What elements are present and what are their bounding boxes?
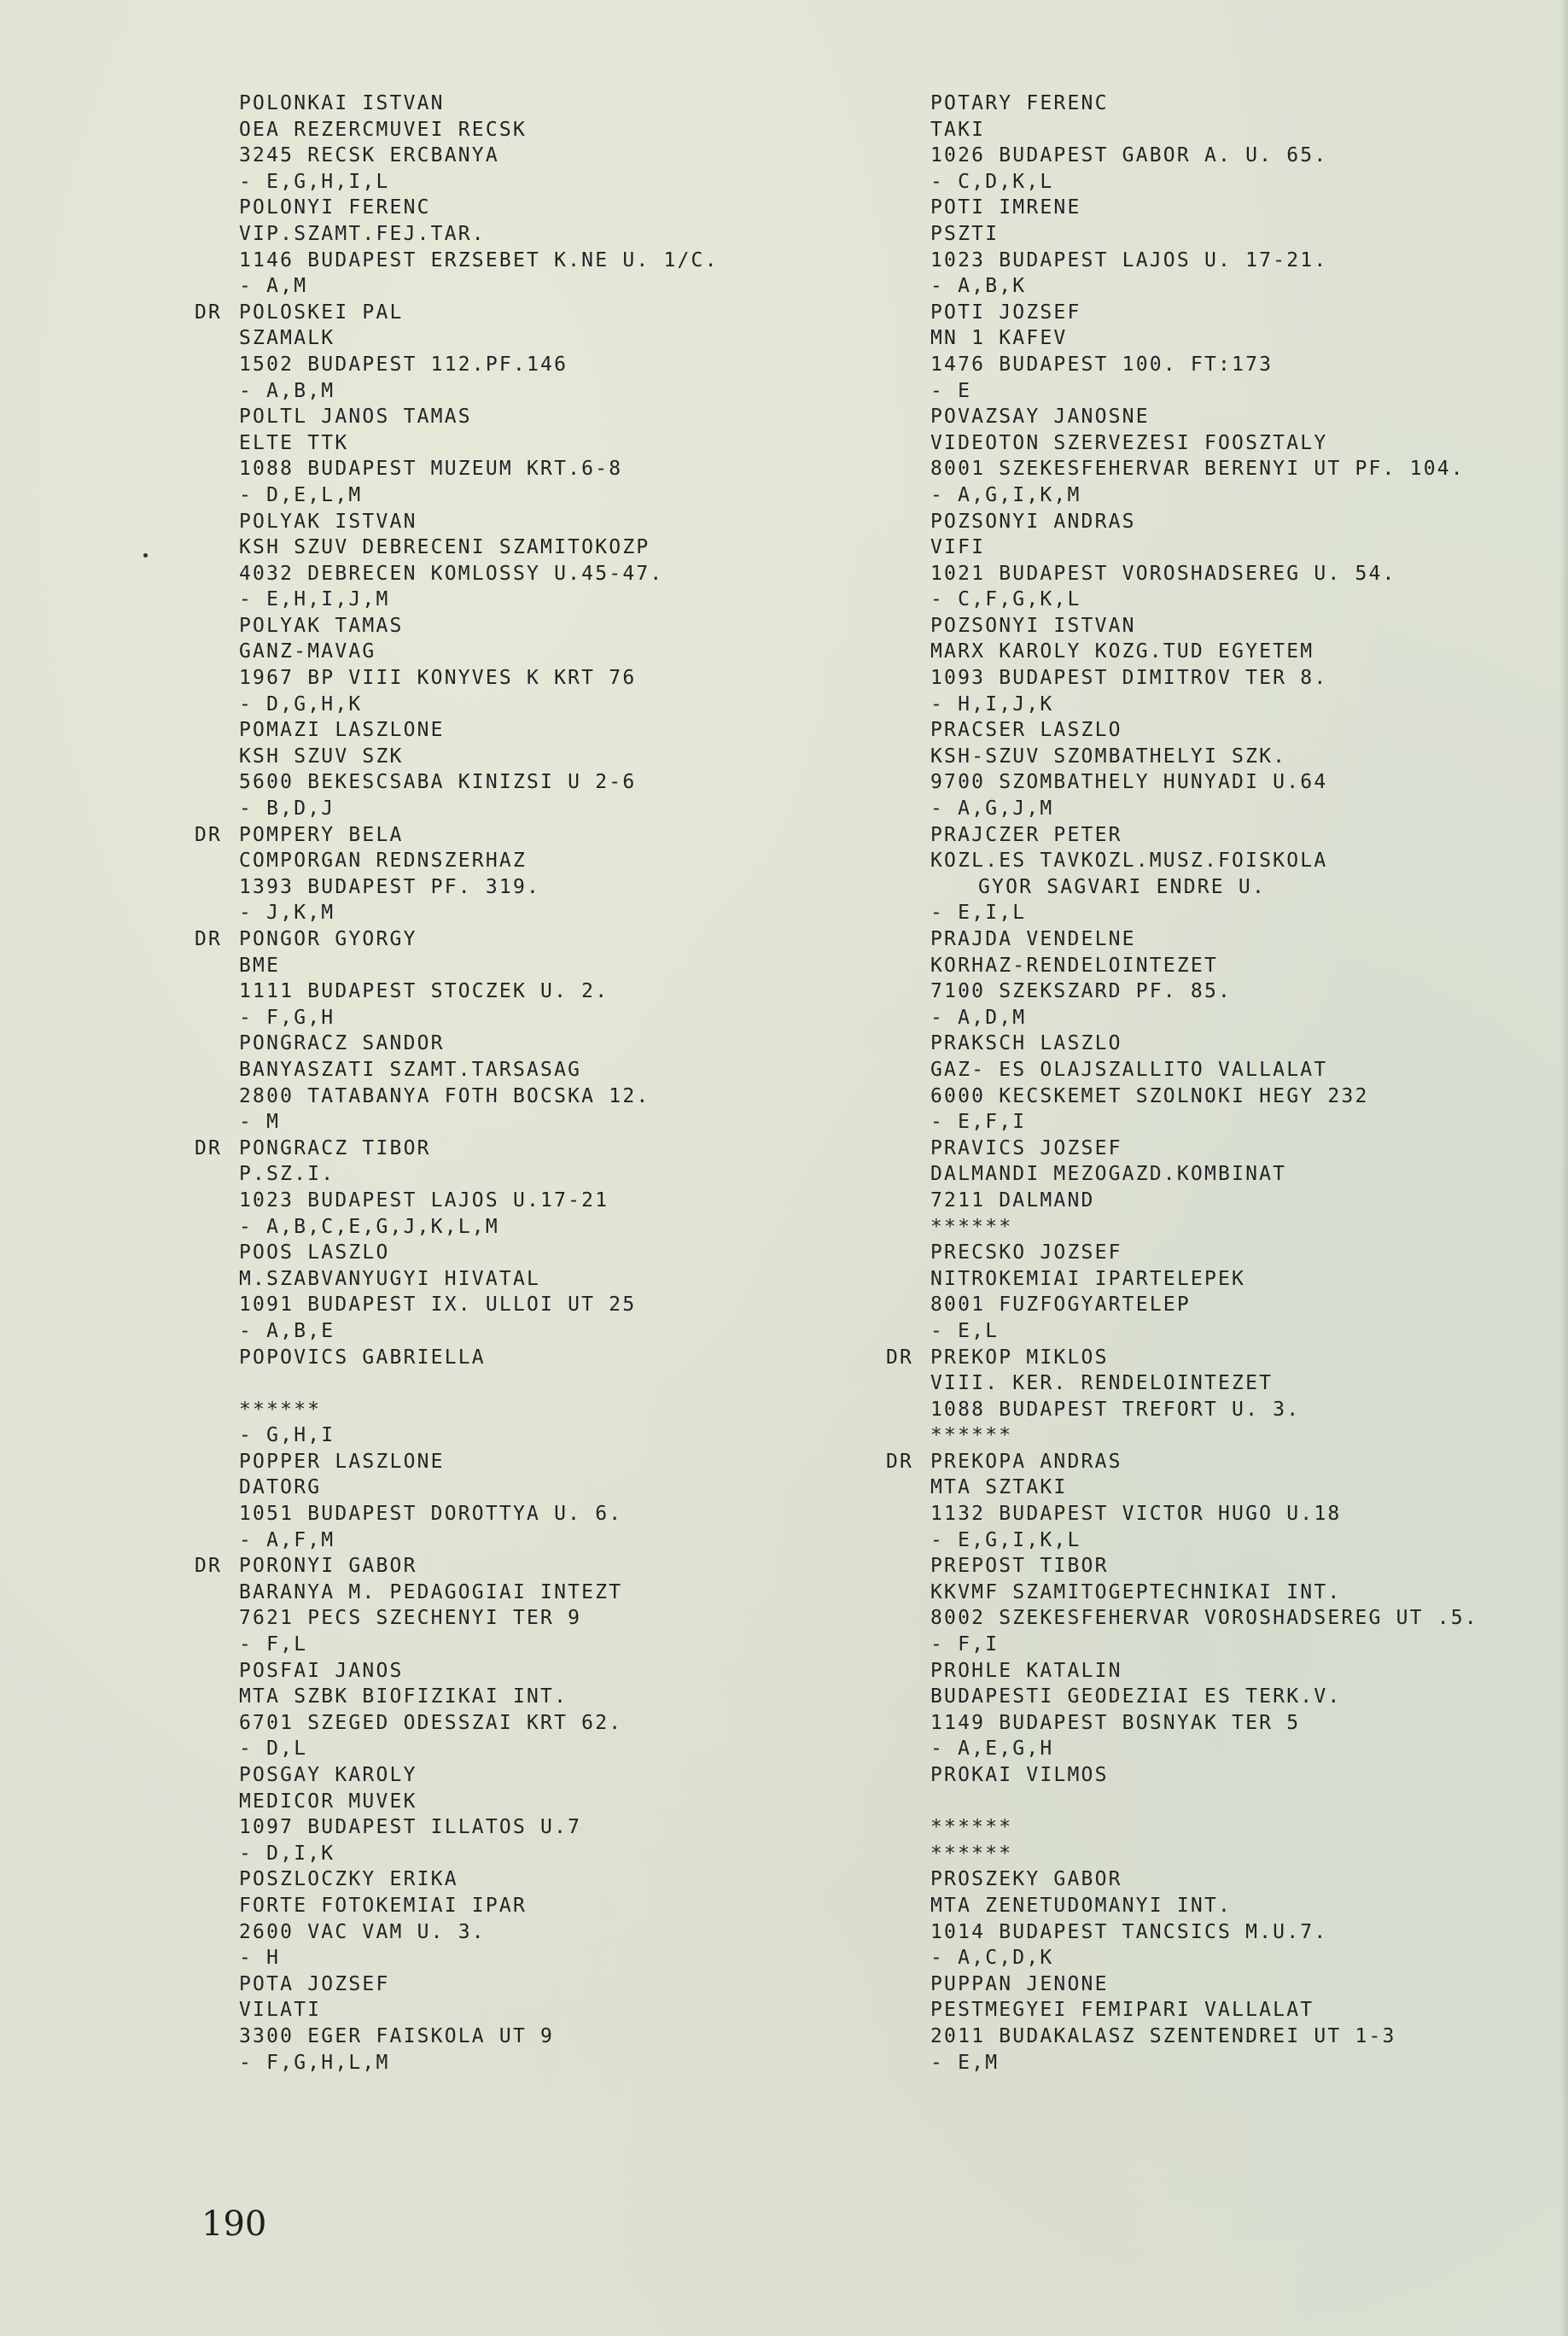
line-text: POSFAI JANOS [239,1660,404,1682]
line-text: ELTE TTK [239,432,348,454]
category-codes-line: - D,I,K [195,1841,719,1867]
category-codes-line: - D,E,L,M [195,482,719,509]
page-number: 190 [201,2205,266,2244]
directory-entry-line: KKVMF SZAMITOGEPTECHNIKAI INT. [886,1580,1478,1606]
directory-entry-line: PRAVICS JOZSEF [886,1136,1478,1162]
directory-entry-line: POMAZI LASZLONE [195,717,719,744]
category-codes-line: - A,B,C,E,G,J,K,L,M [195,1214,719,1241]
line-text: - H,I,J,K [930,693,1053,715]
line-text: ****** [930,1816,1012,1838]
directory-entry-line-dr: DRPORONYI GABOR [195,1553,719,1580]
directory-entry-line: DALMANDI MEZOGAZD.KOMBINAT [886,1161,1478,1188]
line-text: POMPERY BELA [239,824,404,846]
category-codes-line: - F,G,H,L,M [195,2050,719,2076]
directory-entry-line: 7211 DALMAND [886,1188,1478,1214]
line-text: PRAVICS JOZSEF [930,1137,1122,1159]
directory-entry-line: 1021 BUDAPEST VOROSHADSEREG U. 54. [886,561,1478,587]
category-codes-line: - E [886,378,1478,405]
directory-entry-line: 3245 RECSK ERCBANYA [195,143,719,169]
line-text: 2011 BUDAKALASZ SZENTENDREI UT 1-3 [930,2025,1396,2047]
directory-entry-line: POTARY FERENC [886,91,1478,117]
line-text: - E,I,L [930,902,1026,924]
line-text: - F,G,H,L,M [239,2052,390,2074]
line-text: 1476 BUDAPEST 100. FT:173 [930,353,1273,376]
line-text: VIDEOTON SZERVEZESI FOOSZTALY [930,432,1327,454]
directory-entry-line: 1476 BUDAPEST 100. FT:173 [886,352,1478,378]
line-text: PROSZEKY GABOR [930,1868,1122,1890]
line-text: 1021 BUDAPEST VOROSHADSEREG U. 54. [930,563,1396,585]
line-text: DALMANDI MEZOGAZD.KOMBINAT [930,1163,1286,1185]
category-codes-line: - B,D,J [195,796,719,822]
category-codes-line: - J,K,M [195,900,719,926]
line-text: COMPORGAN REDNSZERHAZ [239,850,527,872]
category-codes-line: - A,B,K [886,273,1478,300]
line-text: MTA ZENETUDOMANYI INT. [930,1895,1232,1917]
directory-entry-line: POOS LASZLO [195,1240,719,1266]
line-text: PRAJDA VENDELNE [930,928,1136,950]
line-text: POTARY FERENC [930,92,1109,114]
line-text: 8002 SZEKESFEHERVAR VOROSHADSEREG UT .5. [930,1607,1478,1629]
line-text: KSH-SZUV SZOMBATHELYI SZK. [930,745,1286,768]
directory-entry-line: 7100 SZEKSZARD PF. 85. [886,978,1478,1005]
directory-entry-line: OEA REZERCMUVEI RECSK [195,117,719,143]
directory-entry-line: 1023 BUDAPEST LAJOS U. 17-21. [886,248,1478,274]
category-codes-line: - A,C,D,K [886,1945,1478,1971]
line-text: 1093 BUDAPEST DIMITROV TER 8. [930,667,1327,689]
line-text: PONGRACZ TIBOR [239,1137,431,1159]
directory-entry-line: 1014 BUDAPEST TANCSICS M.U.7. [886,1919,1478,1946]
directory-entry-line: 1088 BUDAPEST TREFORT U. 3. [886,1397,1478,1423]
title-prefix: DR [195,300,239,326]
line-text: - C,D,K,L [930,171,1053,193]
category-codes-line: - E,L [886,1318,1478,1345]
directory-entry-line: POPOVICS GABRIELLA [195,1345,719,1371]
line-text: BANYASZATI SZAMT.TARSASAG [239,1059,581,1081]
line-text: 5600 BEKESCSABA KINIZSI U 2-6 [239,771,636,793]
directory-entry-line: POTI IMRENE [886,195,1478,221]
line-text: 1146 BUDAPEST ERZSEBET K.NE U. 1/C. [239,249,719,272]
line-text: PRACSER LASZLO [930,719,1122,741]
directory-entry-line: KORHAZ-RENDELOINTEZET [886,953,1478,979]
directory-entry-line: PSZTI [886,221,1478,248]
line-text: 4032 DEBRECEN KOMLOSSY U.45-47. [239,563,663,585]
directory-entry-line: 1393 BUDAPEST PF. 319. [195,874,719,901]
line-text: 1132 BUDAPEST VICTOR HUGO U.18 [930,1503,1341,1525]
line-text: POVAZSAY JANOSNE [930,406,1150,428]
redacted-placeholder-line: ****** [886,1214,1478,1241]
category-codes-line: - E,G,I,K,L [886,1527,1478,1554]
line-text: 1051 BUDAPEST DOROTTYA U. 6. [239,1503,622,1525]
line-text: POLONYI FERENC [239,196,431,219]
line-text: BUDAPESTI GEODEZIAI ES TERK.V. [930,1685,1341,1708]
directory-entry-line: 2800 TATABANYA FOTH BOCSKA 12. [195,1083,719,1110]
directory-entry-line: GANZ-MAVAG [195,639,719,665]
line-text: PONGRACZ SANDOR [239,1032,445,1054]
directory-entry-line: MTA ZENETUDOMANYI INT. [886,1893,1478,1919]
directory-entry-line: KSH-SZUV SZOMBATHELYI SZK. [886,744,1478,770]
category-codes-line: - D,G,H,K [195,692,719,718]
directory-entry-line: PROKAI VILMOS [886,1762,1478,1789]
category-codes-line: - A,G,I,K,M [886,482,1478,509]
line-text: 1026 BUDAPEST GABOR A. U. 65. [930,144,1327,166]
line-text: PORONYI GABOR [239,1555,417,1577]
line-text: - A,B,M [239,380,335,402]
directory-entry-line: 2600 VAC VAM U. 3. [195,1919,719,1946]
line-text: KOZL.ES TAVKOZL.MUSZ.FOISKOLA [930,850,1327,872]
line-text: - D,G,H,K [239,693,362,715]
directory-entry-line: 6000 KECSKEMET SZOLNOKI HEGY 232 [886,1083,1478,1110]
line-text: - A,F,M [239,1529,335,1551]
line-text: PREPOST TIBOR [930,1555,1109,1577]
directory-entry-line: COMPORGAN REDNSZERHAZ [195,848,719,874]
directory-entry-line: VILATI [195,1997,719,2024]
line-text: PONGOR GYORGY [239,928,417,950]
directory-entry-line: SZAMALK [195,325,719,352]
line-text: POTI IMRENE [930,196,1081,219]
line-text: POZSONYI ANDRAS [930,511,1136,533]
line-text: ****** [930,1424,1012,1446]
line-text: POSGAY KAROLY [239,1764,417,1786]
line-text: POPPER LASZLONE [239,1451,445,1473]
directory-entry-line: POLYAK TAMAS [195,613,719,639]
line-text: - E,H,I,J,M [239,588,390,610]
category-codes-line: - H [195,1945,719,1971]
line-text: - A,D,M [930,1007,1026,1029]
line-text: 2600 VAC VAM U. 3. [239,1921,486,1943]
directory-entry-line: BARANYA M. PEDAGOGIAI INTEZT [195,1580,719,1606]
directory-entry-line-dr: DRPOMPERY BELA [195,822,719,849]
line-text: POOS LASZLO [239,1241,390,1264]
line-text: - M [239,1111,280,1133]
directory-entry-line: PRAJDA VENDELNE [886,926,1478,953]
line-text: NITROKEMIAI IPARTELEPEK [930,1268,1245,1290]
line-text: - G,H,I [239,1424,335,1446]
directory-entry-line: PRAJCZER PETER [886,822,1478,849]
line-text: POSZLOCZKY ERIKA [239,1868,458,1890]
directory-entry-line [886,1789,1478,1815]
directory-entry-line: POSZLOCZKY ERIKA [195,1866,719,1893]
line-text: 1023 BUDAPEST LAJOS U. 17-21. [930,249,1327,272]
directory-entry-line: MTA SZBK BIOFIZIKAI INT. [195,1684,719,1710]
line-text: 7211 DALMAND [930,1189,1095,1212]
line-text: 7621 PECS SZECHENYI TER 9 [239,1607,581,1629]
line-text: 6000 KECSKEMET SZOLNOKI HEGY 232 [930,1085,1369,1107]
directory-entry-line: POTI JOZSEF [886,300,1478,326]
line-text: PSZTI [930,223,999,245]
line-text: 1967 BP VIII KONYVES K KRT 76 [239,667,636,689]
line-text: FORTE FOTOKEMIAI IPAR [239,1895,527,1917]
category-codes-line: - M [195,1109,719,1136]
line-text: - A,B,C,E,G,J,K,L,M [239,1216,499,1238]
line-text: GANZ-MAVAG [239,640,376,663]
directory-entry-line-dr: DRPREKOP MIKLOS [886,1345,1478,1371]
line-text: POTA JOZSEF [239,1973,390,1995]
line-text: VIII. KER. RENDELOINTEZET [930,1372,1273,1394]
line-text: PRECSKO JOZSEF [930,1241,1122,1264]
title-prefix: DR [195,1553,239,1580]
line-text: - A,M [239,275,307,297]
redacted-placeholder-line: ****** [195,1397,719,1423]
directory-entry-line: PONGRACZ SANDOR [195,1031,719,1057]
line-text: - E,G,I,K,L [930,1529,1081,1551]
line-text: OEA REZERCMUVEI RECSK [239,119,527,141]
directory-entry-line: ELTE TTK [195,430,719,457]
line-text: - A,G,I,K,M [930,484,1081,506]
directory-entry-line [195,1370,719,1397]
line-text: KSH SZUV DEBRECENI SZAMITOKOZP [239,536,650,558]
line-text: 1023 BUDAPEST LAJOS U.17-21 [239,1189,609,1212]
directory-entry-line: DATORG [195,1475,719,1501]
directory-entry-line: MTA SZTAKI [886,1475,1478,1501]
directory-entry-line: 8001 SZEKESFEHERVAR BERENYI UT PF. 104. [886,456,1478,482]
line-text: PRAJCZER PETER [930,824,1122,846]
directory-entry-line: VIFI [886,534,1478,561]
directory-entry-line: 5600 BEKESCSABA KINIZSI U 2-6 [195,769,719,796]
line-text: VILATI [239,1999,321,2021]
directory-entry-line: 1088 BUDAPEST MUZEUM KRT.6-8 [195,456,719,482]
directory-entry-line: PESTMEGYEI FEMIPARI VALLALAT [886,1997,1478,2024]
directory-column-left: POLONKAI ISTVANOEA REZERCMUVEI RECSK3245… [195,91,719,2076]
directory-entry-line: TAKI [886,117,1478,143]
directory-entry-line: PROHLE KATALIN [886,1658,1478,1685]
category-codes-line: - A,B,E [195,1318,719,1345]
line-text: - D,L [239,1737,307,1760]
line-text: 2800 TATABANYA FOTH BOCSKA 12. [239,1085,650,1107]
directory-entry-line: 1146 BUDAPEST ERZSEBET K.NE U. 1/C. [195,248,719,274]
category-codes-line: - A,G,J,M [886,796,1478,822]
directory-entry-line: 3300 EGER FAISKOLA UT 9 [195,2024,719,2050]
line-text: - J,K,M [239,902,335,924]
line-text: TAKI [930,119,985,141]
redacted-placeholder-line: ****** [886,1422,1478,1449]
category-codes-line: - E,M [886,2050,1478,2076]
directory-entry-line: POZSONYI ANDRAS [886,509,1478,535]
title-prefix: DR [886,1345,930,1371]
directory-entry-line: 1967 BP VIII KONYVES K KRT 76 [195,665,719,692]
line-text: - F,L [239,1633,307,1656]
directory-entry-line: 9700 SZOMBATHELY HUNYADI U.64 [886,769,1478,796]
directory-entry-line: 1149 BUDAPEST BOSNYAK TER 5 [886,1710,1478,1737]
title-prefix: DR [195,822,239,849]
line-text: GAZ- ES OLAJSZALLITO VALLALAT [930,1059,1327,1081]
directory-entry-line: VIII. KER. RENDELOINTEZET [886,1370,1478,1397]
stray-mark [143,553,148,558]
category-codes-line: - E,I,L [886,900,1478,926]
line-text: PROKAI VILMOS [930,1764,1109,1786]
directory-entry-line: PRECSKO JOZSEF [886,1240,1478,1266]
line-text: - F,I [930,1633,999,1656]
directory-entry-line-dr: DRPONGOR GYORGY [195,926,719,953]
line-text: - E,M [930,2052,999,2074]
directory-entry-line: MN 1 KAFEV [886,325,1478,352]
category-codes-line: - G,H,I [195,1422,719,1449]
directory-entry-line: 1023 BUDAPEST LAJOS U.17-21 [195,1188,719,1214]
category-codes-line: - F,I [886,1632,1478,1658]
directory-entry-line: BANYASZATI SZAMT.TARSASAG [195,1057,719,1083]
directory-entry-line: 6701 SZEGED ODESSZAI KRT 62. [195,1710,719,1737]
line-text: MN 1 KAFEV [930,327,1067,349]
line-text: VIFI [930,536,985,558]
category-codes-line: - A,D,M [886,1005,1478,1031]
line-text: 6701 SZEGED ODESSZAI KRT 62. [239,1712,622,1734]
line-text: - A,B,K [930,275,1026,297]
category-codes-line: - E,H,I,J,M [195,587,719,613]
line-text: - C,F,G,K,L [930,588,1081,610]
line-text: 1111 BUDAPEST STOCZEK U. 2. [239,980,609,1002]
line-text: DATORG [239,1476,321,1498]
line-text: POZSONYI ISTVAN [930,615,1136,637]
directory-entry-line: POVAZSAY JANOSNE [886,404,1478,430]
directory-entry-line: PROSZEKY GABOR [886,1866,1478,1893]
line-text: PUPPAN JENONE [930,1973,1109,1995]
line-text: BARANYA M. PEDAGOGIAI INTEZT [239,1581,622,1603]
line-text: POMAZI LASZLONE [239,719,445,741]
line-text: - B,D,J [239,797,335,820]
line-text: POLYAK ISTVAN [239,511,417,533]
category-codes-line: - A,E,G,H [886,1736,1478,1762]
directory-entry-line: 8001 FUZFOGYARTELEP [886,1292,1478,1318]
line-text: 1393 BUDAPEST PF. 319. [239,876,540,898]
directory-entry-line: POLYAK ISTVAN [195,509,719,535]
directory-entry-line: M.SZABVANYUGYI HIVATAL [195,1266,719,1293]
category-codes-line: - F,G,H [195,1005,719,1031]
line-text: VIP.SZAMT.FEJ.TAR. [239,223,486,245]
directory-entry-line: POPPER LASZLONE [195,1449,719,1475]
category-codes-line: - D,L [195,1736,719,1762]
line-text: - F,G,H [239,1007,335,1029]
category-codes-line: - A,B,M [195,378,719,405]
line-text: - H [239,1947,280,1969]
line-text: - A,C,D,K [930,1947,1053,1969]
line-text: POLONKAI ISTVAN [239,92,445,114]
directory-entry-line: 1502 BUDAPEST 112.PF.146 [195,352,719,378]
directory-entry-line: POSFAI JANOS [195,1658,719,1685]
category-codes-line: - E,F,I [886,1109,1478,1136]
line-text: M.SZABVANYUGYI HIVATAL [239,1268,540,1290]
line-text: MTA SZTAKI [930,1476,1067,1498]
line-text: 8001 FUZFOGYARTELEP [930,1294,1191,1316]
directory-entry-line-dr: DRPONGRACZ TIBOR [195,1136,719,1162]
line-text: 3300 EGER FAISKOLA UT 9 [239,2025,554,2047]
category-codes-line: - F,L [195,1632,719,1658]
directory-entry-line: POLTL JANOS TAMAS [195,404,719,430]
directory-entry-line: PUPPAN JENONE [886,1971,1478,1998]
directory-entry-line: 1132 BUDAPEST VICTOR HUGO U.18 [886,1501,1478,1527]
line-text: PREKOPA ANDRAS [930,1451,1122,1473]
directory-entry-line: POZSONYI ISTVAN [886,613,1478,639]
line-text: - E [930,380,971,402]
line-text: 1097 BUDAPEST ILLATOS U.7 [239,1816,581,1838]
line-text: SZAMALK [239,327,335,349]
directory-column-right: POTARY FERENCTAKI1026 BUDAPEST GABOR A. … [886,91,1478,2076]
line-text: P.SZ.I. [239,1163,335,1185]
directory-entry-line-dr: DRPOLOSKEI PAL [195,300,719,326]
line-text: BME [239,955,280,977]
line-text: 3245 RECSK ERCBANYA [239,144,499,166]
line-text: - D,I,K [239,1843,335,1865]
line-text: GYOR SAGVARI ENDRE U. [930,876,1266,898]
directory-entry-line: BME [195,953,719,979]
directory-entry-line: 4032 DEBRECEN KOMLOSSY U.45-47. [195,561,719,587]
directory-entry-line: BUDAPESTI GEODEZIAI ES TERK.V. [886,1684,1478,1710]
line-text: - E,G,H,I,L [239,171,390,193]
directory-entry-line: 7621 PECS SZECHENYI TER 9 [195,1605,719,1632]
line-text: MARX KAROLY KOZG.TUD EGYETEM [930,640,1314,663]
category-codes-line: - E,G,H,I,L [195,169,719,196]
line-text: 1091 BUDAPEST IX. ULLOI UT 25 [239,1294,636,1316]
line-text: - A,B,E [239,1320,335,1342]
directory-entry-line: GYOR SAGVARI ENDRE U. [886,874,1478,901]
directory-entry-line: MARX KAROLY KOZG.TUD EGYETEM [886,639,1478,665]
line-text: MTA SZBK BIOFIZIKAI INT. [239,1685,568,1708]
directory-entry-line: PREPOST TIBOR [886,1553,1478,1580]
directory-entry-line: P.SZ.I. [195,1161,719,1188]
directory-entry-line: VIDEOTON SZERVEZESI FOOSZTALY [886,430,1478,457]
line-text: 1502 BUDAPEST 112.PF.146 [239,353,568,376]
directory-entry-line: POTA JOZSEF [195,1971,719,1998]
directory-entry-line: 1051 BUDAPEST DOROTTYA U. 6. [195,1501,719,1527]
directory-entry-line: 1026 BUDAPEST GABOR A. U. 65. [886,143,1478,169]
line-text: - E,L [930,1320,999,1342]
directory-entry-line: POLONKAI ISTVAN [195,91,719,117]
line-text: PRAKSCH LASZLO [930,1032,1122,1054]
title-prefix: DR [195,926,239,953]
category-codes-line: - A,F,M [195,1527,719,1554]
category-codes-line: - H,I,J,K [886,692,1478,718]
line-text: POLOSKEI PAL [239,301,404,324]
directory-entry-line: KSH SZUV SZK [195,744,719,770]
directory-entry-line: 1111 BUDAPEST STOCZEK U. 2. [195,978,719,1005]
line-text: KSH SZUV SZK [239,745,404,768]
directory-entry-line: 1091 BUDAPEST IX. ULLOI UT 25 [195,1292,719,1318]
directory-entry-line: NITROKEMIAI IPARTELEPEK [886,1266,1478,1293]
directory-entry-line: POLONYI FERENC [195,195,719,221]
category-codes-line: - A,M [195,273,719,300]
line-text: PREKOP MIKLOS [930,1346,1109,1369]
line-text: - E,F,I [930,1111,1026,1133]
category-codes-line: - C,D,K,L [886,169,1478,196]
directory-entry-line: KOZL.ES TAVKOZL.MUSZ.FOISKOLA [886,848,1478,874]
line-text: PESTMEGYEI FEMIPARI VALLALAT [930,1999,1314,2021]
directory-entry-line: KSH SZUV DEBRECENI SZAMITOKOZP [195,534,719,561]
directory-entry-line: PRACSER LASZLO [886,717,1478,744]
line-text: - A,G,J,M [930,797,1053,820]
line-text: 1088 BUDAPEST TREFORT U. 3. [930,1399,1300,1421]
title-prefix: DR [886,1449,930,1475]
line-text: POPOVICS GABRIELLA [239,1346,486,1369]
line-text: ****** [239,1399,321,1421]
category-codes-line: - C,F,G,K,L [886,587,1478,613]
directory-entry-line: PRAKSCH LASZLO [886,1031,1478,1057]
redacted-placeholder-line: ****** [886,1841,1478,1867]
redacted-placeholder-line: ****** [886,1814,1478,1841]
line-text: - A,E,G,H [930,1737,1053,1760]
line-text: 7100 SZEKSZARD PF. 85. [930,980,1232,1002]
directory-entry-line: 1097 BUDAPEST ILLATOS U.7 [195,1814,719,1841]
directory-entry-line: MEDICOR MUVEK [195,1789,719,1815]
line-text: - D,E,L,M [239,484,362,506]
directory-entry-line: 2011 BUDAKALASZ SZENTENDREI UT 1-3 [886,2024,1478,2050]
directory-entry-line: POSGAY KAROLY [195,1762,719,1789]
line-text: 8001 SZEKESFEHERVAR BERENYI UT PF. 104. [930,458,1465,480]
line-text: POLTL JANOS TAMAS [239,406,472,428]
line-text: KORHAZ-RENDELOINTEZET [930,955,1218,977]
directory-entry-line: 1093 BUDAPEST DIMITROV TER 8. [886,665,1478,692]
line-text: POLYAK TAMAS [239,615,404,637]
line-text: MEDICOR MUVEK [239,1790,417,1813]
title-prefix: DR [195,1136,239,1162]
line-text: 1149 BUDAPEST BOSNYAK TER 5 [930,1712,1300,1734]
